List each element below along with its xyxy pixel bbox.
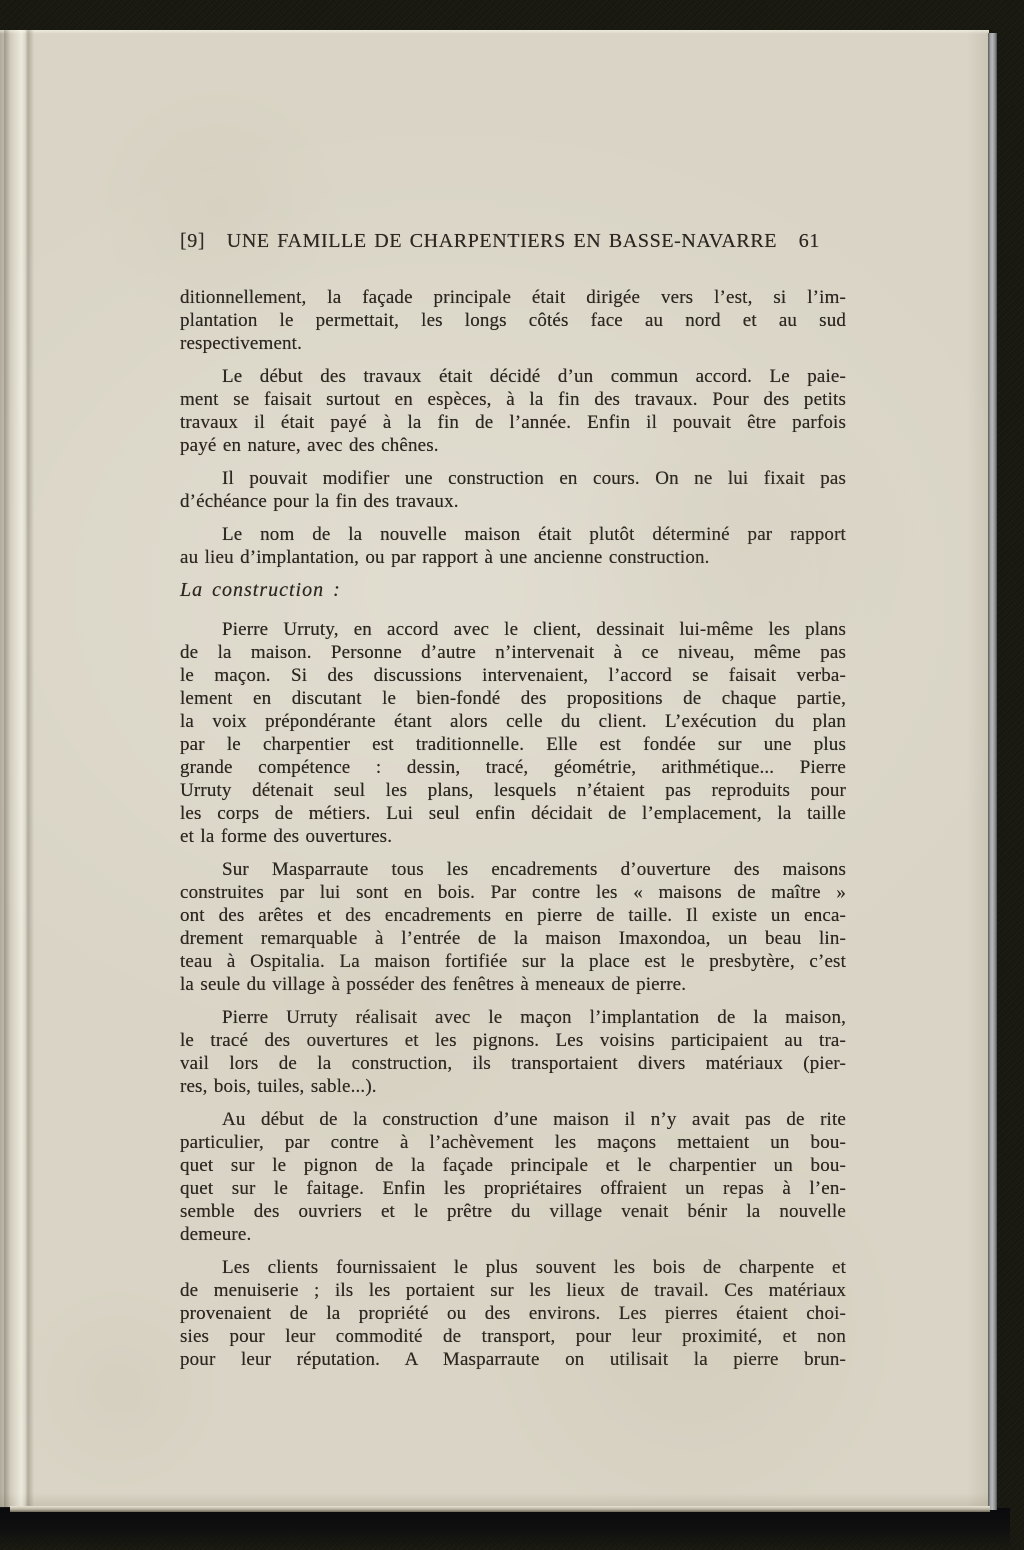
text-line: par le charpentier est traditionnelle. E…	[180, 733, 846, 756]
paragraph: Le nom de la nouvelle maison était plutô…	[180, 523, 846, 569]
text-line: de menuiserie ; ils les portaient sur le…	[180, 1279, 846, 1302]
text-line: particulier, par contre à l’achèvement l…	[180, 1131, 846, 1154]
paragraph: Pierre Urruty, en accord avec le client,…	[180, 618, 846, 848]
text-line: les corps de métiers. Lui seul enfin déc…	[180, 802, 846, 825]
text-line: payé en nature, avec des chênes.	[180, 434, 846, 457]
page-stack-edge-right	[988, 33, 997, 1510]
text-line: demeure.	[180, 1223, 846, 1246]
text-line: ment se faisait surtout en espèces, à la…	[180, 388, 846, 411]
paragraph: Au début de la construction d’une maison…	[180, 1108, 846, 1246]
text-line: construites par lui sont en bois. Par co…	[180, 881, 846, 904]
paragraph: Sur Masparraute tous les encadrements d’…	[180, 858, 846, 996]
page-stack-edge-bottom	[10, 1506, 990, 1512]
text-line: Le début des travaux était décidé d’un c…	[180, 365, 846, 388]
page-spine-crease	[4, 30, 34, 1507]
text-line: Urruty détenait seul les plans, lesquels…	[180, 779, 846, 802]
text-line: sies pour leur commodité de transport, p…	[180, 1325, 846, 1348]
text-line: Les clients fournissaient le plus souven…	[180, 1256, 846, 1279]
paragraph: Pierre Urruty réalisait avec le maçon l’…	[180, 1006, 846, 1098]
text-line: teau à Ospitalia. La maison fortifiée su…	[180, 950, 846, 973]
text-line: Sur Masparraute tous les encadrements d’…	[180, 858, 846, 881]
text-line: quet sur le faitage. Enfin les propriéta…	[180, 1177, 846, 1200]
text-line: semble des ouvriers et le prêtre du vill…	[180, 1200, 846, 1223]
text-line: travaux il était payé à la fin de l’anné…	[180, 411, 846, 434]
text-line: Pierre Urruty, en accord avec le client,…	[180, 618, 846, 641]
text-line: ditionnellement, la façade principale ét…	[180, 286, 846, 309]
text-line: et la forme des ouvertures.	[180, 825, 846, 848]
text-line: d’échéance pour la fin des travaux.	[180, 490, 846, 513]
text-line: drement remarquable à l’entrée de la mai…	[180, 927, 846, 950]
text-line: respectivement.	[180, 332, 846, 355]
text-line: ont des arêtes et des encadrements en pi…	[180, 904, 846, 927]
page-number: 61	[799, 230, 846, 253]
text-line: Le nom de la nouvelle maison était plutô…	[180, 523, 846, 546]
text-line: Il pouvait modifier une construction en …	[180, 467, 846, 490]
text-line: res, bois, tuiles, sable...).	[180, 1075, 846, 1098]
text-line: Au début de la construction d’une maison…	[180, 1108, 846, 1131]
paragraph: Le début des travaux était décidé d’un c…	[180, 365, 846, 457]
text-line: Pierre Urruty réalisait avec le maçon l’…	[180, 1006, 846, 1029]
text-line: le tracé des ouvertures et les pignons. …	[180, 1029, 846, 1052]
text-line: lement en discutant le bien-fondé des pr…	[180, 687, 846, 710]
section-heading: La construction :	[180, 579, 846, 602]
paragraph: ditionnellement, la façade principale ét…	[180, 286, 846, 355]
text-line: pour leur réputation. A Masparraute on u…	[180, 1348, 846, 1371]
text-line: quet sur le pignon de la façade principa…	[180, 1154, 846, 1177]
text-line: la seule du village à posséder des fenêt…	[180, 973, 846, 996]
running-header: [9] UNE FAMILLE DE CHARPENTIERS EN BASSE…	[180, 230, 846, 253]
citation-number: [9]	[180, 230, 205, 253]
book-bottom-shadow	[0, 1508, 1010, 1548]
scan-backdrop: [9] UNE FAMILLE DE CHARPENTIERS EN BASSE…	[0, 0, 1024, 1550]
text-line: plantation le permettait, les longs côté…	[180, 309, 846, 332]
running-title: UNE FAMILLE DE CHARPENTIERS EN BASSE-NAV…	[205, 230, 799, 253]
text-line: vail lors de la construction, ils transp…	[180, 1052, 846, 1075]
book-page: [9] UNE FAMILLE DE CHARPENTIERS EN BASSE…	[0, 30, 989, 1507]
text-line: au lieu d’implantation, ou par rapport à…	[180, 546, 846, 569]
paragraph: Il pouvait modifier une construction en …	[180, 467, 846, 513]
page-content: ditionnellement, la façade principale ét…	[180, 286, 846, 1371]
text-line: de la maison. Personne d’autre n’interve…	[180, 641, 846, 664]
text-line: la voix prépondérante étant alors celle …	[180, 710, 846, 733]
text-line: le maçon. Si des discussions intervenaie…	[180, 664, 846, 687]
paragraph: Les clients fournissaient le plus souven…	[180, 1256, 846, 1371]
page-text-block: [9] UNE FAMILLE DE CHARPENTIERS EN BASSE…	[180, 230, 846, 1381]
text-line: grande compétence : dessin, tracé, géomé…	[180, 756, 846, 779]
text-line: provenaient de la propriété ou des envir…	[180, 1302, 846, 1325]
